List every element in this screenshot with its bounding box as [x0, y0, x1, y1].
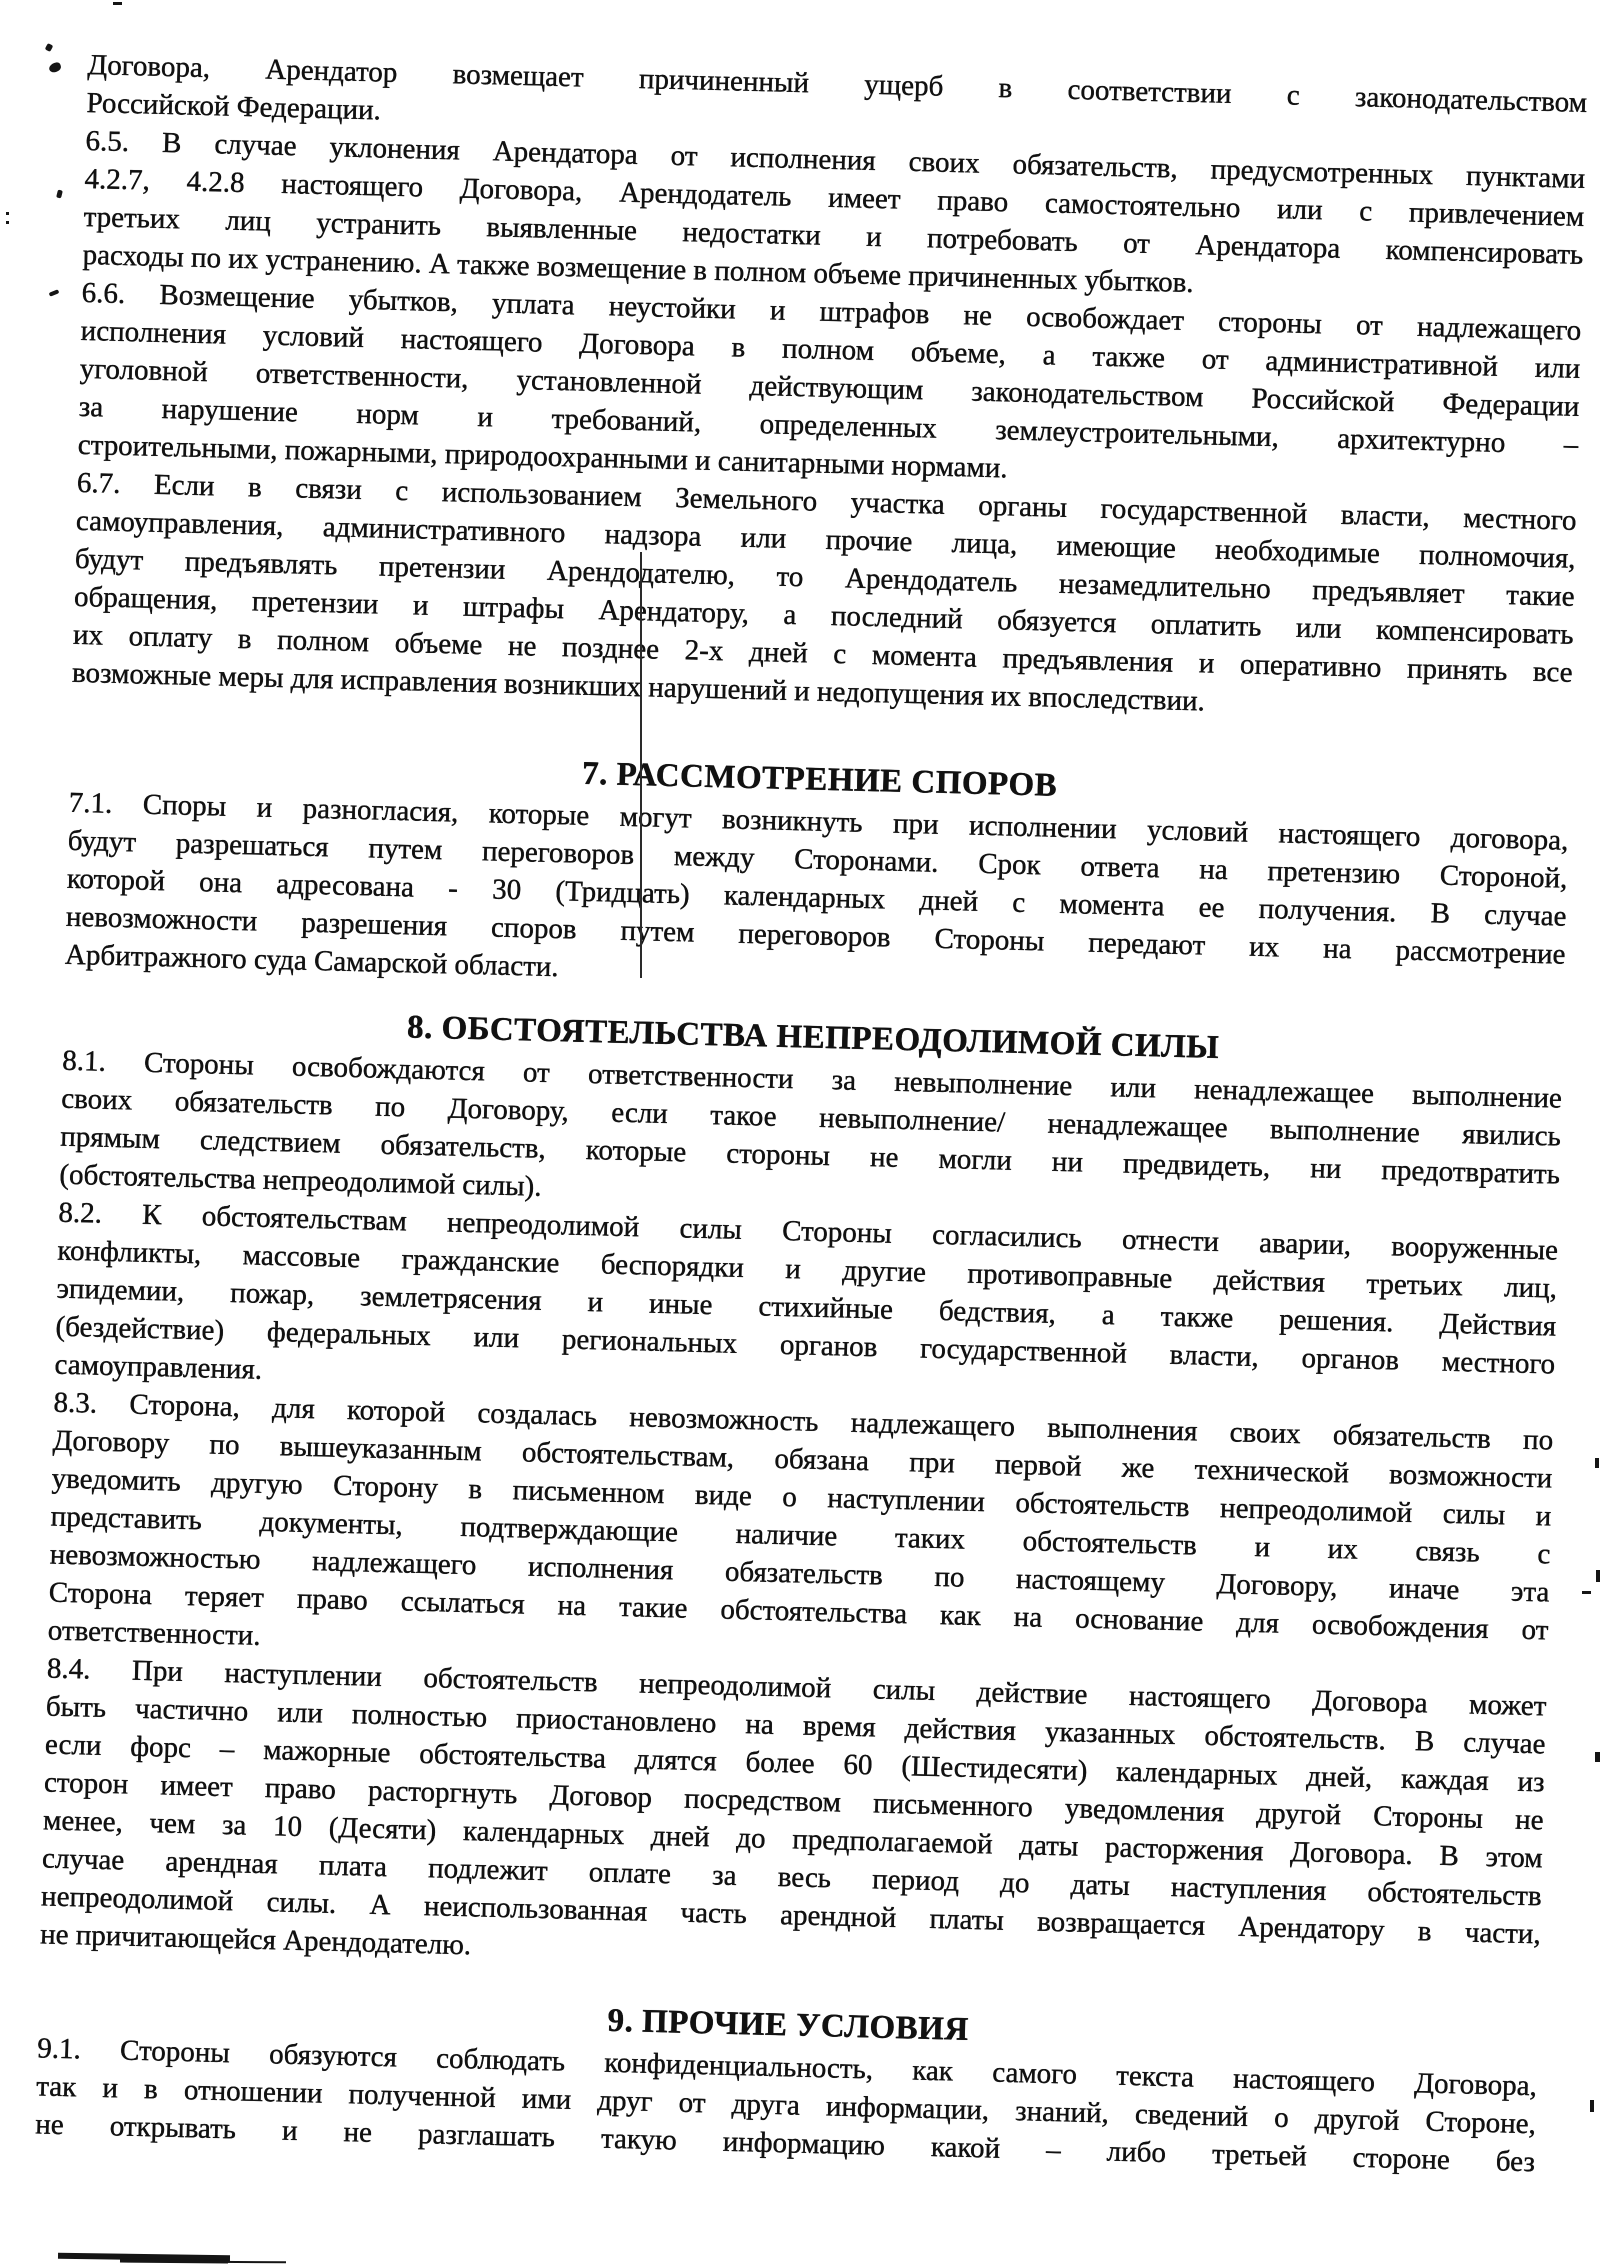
clause-8-3: 8.3. Сторона, для которой создалась нево…	[47, 1384, 1553, 1688]
scan-ink-speck	[45, 43, 54, 52]
scan-ink-speck	[113, 2, 122, 5]
clause-7-1: 7.1. Споры и разногласия, которые могут …	[65, 784, 1569, 1012]
scan-edge-mark	[1595, 1752, 1600, 1762]
scanned-page: Договора, Арендатор возмещает причиненны…	[0, 0, 1601, 2265]
clause-8-4: 8.4. При наступлении обстоятельств непре…	[40, 1649, 1547, 1991]
scan-ink-speck	[48, 61, 62, 73]
scan-edge-mark	[1595, 1458, 1599, 1468]
scan-ink-speck	[6, 221, 9, 224]
scan-edge-mark	[1590, 2100, 1594, 2112]
clause-8-2: 8.2. К обстоятельствам непреодолимой сил…	[54, 1194, 1558, 1422]
clause-6-7: 6.7. Если в связи с использованием Земел…	[72, 464, 1577, 730]
scan-edge-mark	[1582, 1591, 1591, 1594]
scan-ink-speck	[6, 212, 9, 215]
scan-crease-line	[640, 552, 642, 978]
scan-edge-mark	[1596, 1570, 1600, 1582]
scan-ink-speck	[56, 190, 63, 199]
document-text-block: Договора, Арендатор возмещает причиненны…	[35, 46, 1588, 2181]
clause-6-6: 6.6. Возмещение убытков, уплата неустойк…	[77, 274, 1581, 502]
scan-ink-speck	[49, 289, 60, 296]
